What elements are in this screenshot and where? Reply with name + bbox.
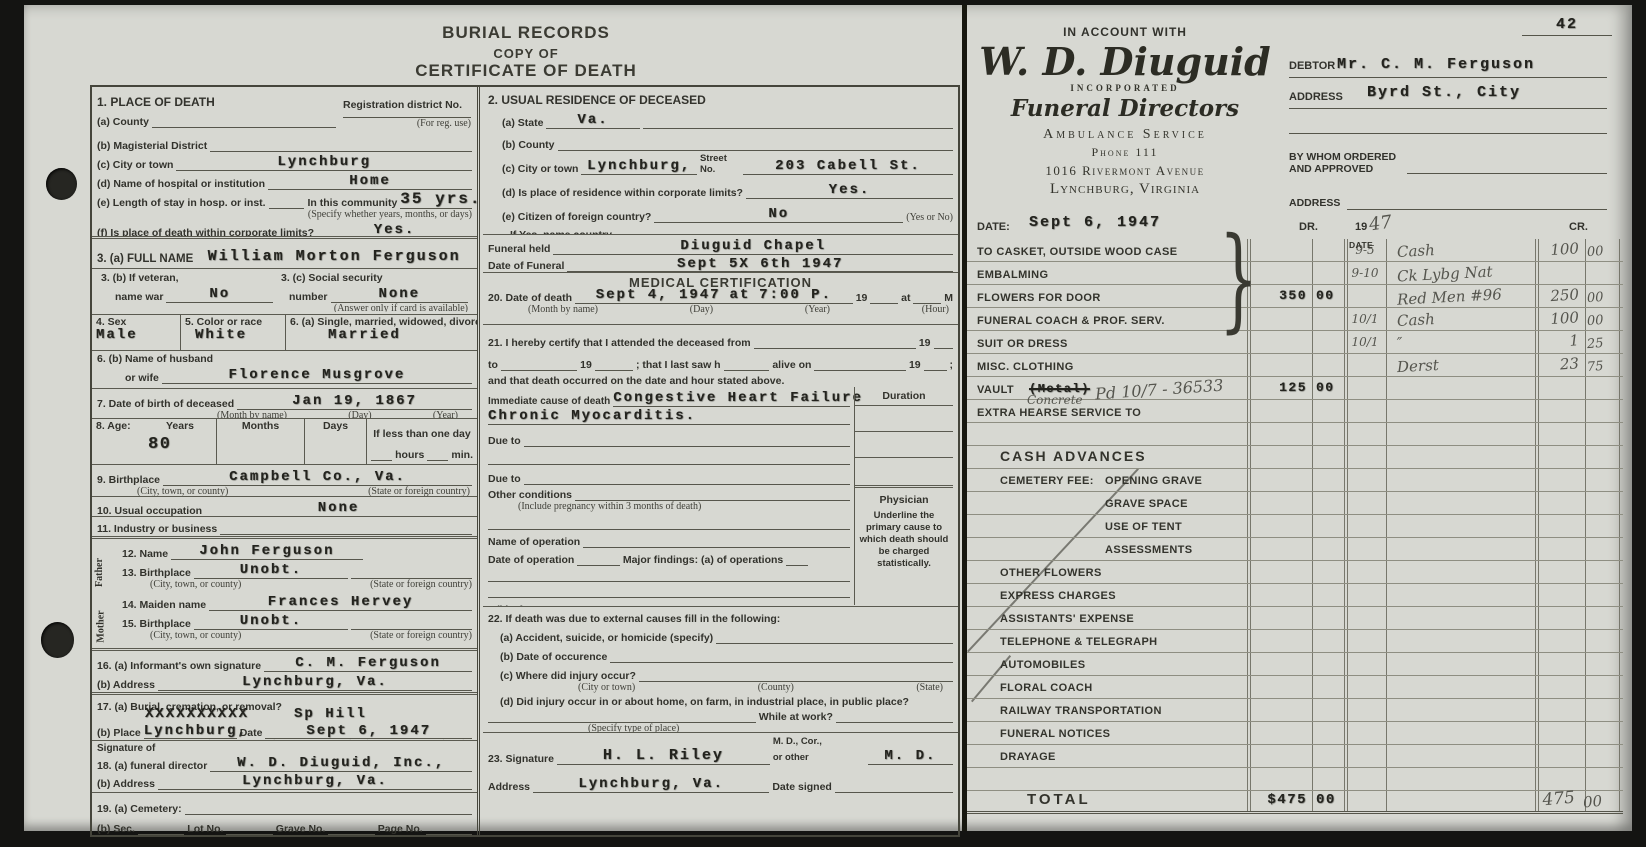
funeral-held-value: Diuguid Chapel — [680, 238, 826, 254]
debtor-value: Mr. C. M. Ferguson — [1337, 57, 1535, 73]
race-value: White — [195, 328, 281, 343]
cr-date: 10/1 — [1345, 335, 1385, 349]
advance-label-col1: TELEPHONE & TELEGRAPH — [1000, 636, 1158, 648]
cr-dollars — [1527, 395, 1579, 399]
certify-19c: 19 — [909, 359, 921, 371]
in-account-with-label: IN ACCOUNT WITH — [975, 25, 1275, 39]
ledger-item-label: TO CASKET, OUTSIDE WOOD CASE — [977, 246, 1177, 258]
certificate-left-column: Registration district No. (For reg. use)… — [92, 87, 480, 835]
firm-type: Funeral Directors — [975, 95, 1275, 122]
ledger-item-label: EXTRA HEARSE SERVICE TO — [977, 407, 1141, 419]
advance-label-col2: ASSESSMENTS — [1105, 544, 1193, 556]
full-name-value: William Morton Ferguson — [208, 248, 461, 265]
cr-description: ″ — [1397, 334, 1404, 352]
ledger-date-value: Sept 6, 1947 — [1029, 215, 1161, 231]
min-label: min. — [451, 449, 473, 461]
cr-date: 9-10 — [1345, 266, 1385, 280]
section-informant: 16. (a) Informant's own signatureC. M. F… — [92, 651, 477, 695]
occupation-label: 10. Usual occupation — [97, 505, 202, 517]
injury-city-caption: (City or town) — [578, 682, 635, 693]
ledger-item-label: FUNERAL COACH & PROF. SERV. — [977, 315, 1165, 327]
section-funeral-info: Funeral heldDiuguid Chapel Date of Funer… — [483, 235, 958, 273]
ledger-item-row: FLOWERS FOR DOOR 350 00 Red Men #96 250 … — [967, 285, 1623, 308]
age-months-header: Months — [221, 420, 300, 432]
ledger-item-label: VAULT — [977, 384, 1014, 396]
total-cr-dollars: 475 — [1518, 788, 1576, 813]
injury-where-label: (c) Where did injury occur? — [500, 670, 636, 682]
burial-place-value: Lynchburg, — [144, 723, 248, 739]
section-veteran-ssn: 3. (b) If veteran, name warNo 3. (c) Soc… — [92, 269, 477, 315]
immediate-cause-label: Immediate cause of death — [488, 396, 610, 407]
for-reg-use-caption: (For reg. use) — [343, 118, 471, 129]
physician-label: Physician — [855, 494, 953, 506]
certificate-of-death: BURIAL RECORDS COPY OF CERTIFICATE OF DE… — [90, 7, 962, 839]
scanned-page: BURIAL RECORDS COPY OF CERTIFICATE OF DE… — [24, 5, 1632, 831]
hours-label: hours — [395, 449, 424, 461]
director-address-label: (b) Address — [97, 778, 155, 790]
father-side-label: Father — [94, 558, 105, 587]
advance-label-col1: EXPRESS CHARGES — [1000, 590, 1116, 602]
certify-19b: 19 — [580, 359, 592, 371]
res-corporate-value: Yes. — [829, 182, 871, 198]
yes-or-no-caption: (Yes or No) — [906, 212, 953, 223]
burial-type-strikeout: XXXXXXXXXX — [145, 707, 249, 722]
father-bp-caption-2: (State or foreign country) — [370, 579, 472, 590]
birthplace-value: Campbell Co., Va. — [229, 469, 406, 485]
while-at-work-label: While at work? — [759, 711, 833, 723]
ledger-item-row: VAULT (Metal) Concrete Pd 10/7 - 36533 1… — [967, 377, 1623, 400]
street-no-label: Street No. — [700, 154, 740, 175]
other-conditions-label: Other conditions — [488, 489, 572, 501]
father-bp-caption-1: (City, town, or county) — [150, 579, 241, 590]
section-place-of-death: Registration district No. (For reg. use)… — [92, 87, 477, 239]
total-cr-cents: 00 — [1582, 791, 1617, 812]
section-external-causes: 22. If death was due to external causes … — [483, 607, 958, 733]
spouse-value: Florence Musgrove — [229, 367, 406, 383]
hospital-value: Home — [349, 173, 391, 189]
funeral-date-value: Sept 5X 6th 1947 — [677, 256, 843, 272]
res-city-value: Lynchburg, — [587, 158, 691, 174]
specify-years-caption: (Specify whether years, months, or days) — [308, 209, 472, 220]
cr-cents — [1587, 419, 1619, 421]
at-label: at — [901, 292, 910, 304]
state-value: Va. — [577, 112, 608, 128]
sex-value: Male — [96, 328, 176, 343]
city-state: Lynchburg, Virginia — [975, 181, 1275, 198]
veteran-value: No — [209, 286, 230, 302]
firm-name: W. D. Diuguid — [975, 41, 1275, 83]
advance-label-col2: USE OF TENT — [1105, 521, 1182, 533]
advance-label-col1: RAILWAY TRANSPORTATION — [1000, 705, 1162, 717]
father-birthplace-value: Unobt. — [240, 562, 302, 578]
advance-label-col2: GRAVE SPACE — [1105, 498, 1188, 510]
industry-label: 11. Industry or business — [97, 523, 217, 535]
punch-hole-top — [46, 168, 77, 200]
section-industry: 11. Industry or business — [92, 517, 477, 539]
md-cor-label-1: M. D., Cor., — [773, 736, 865, 747]
cr-description: Ck Lybg Nat — [1397, 263, 1493, 286]
major-findings-label: Major findings: (a) of operations — [623, 554, 783, 566]
certificate-right-column: 2. USUAL RESIDENCE OF DECEASED (a) State… — [483, 87, 958, 835]
operation-name-label: Name of operation — [488, 536, 580, 548]
cash-advance-row: OTHER FLOWERS — [967, 561, 1623, 584]
md-value: M. D. — [884, 748, 936, 764]
cash-advances-header: CASH ADVANCES — [1000, 448, 1147, 464]
burial-date-label: Date — [240, 727, 263, 739]
cash-advance-row: EXPRESS CHARGES — [967, 584, 1623, 607]
death-date-label: 20. Date of death — [488, 292, 572, 304]
res-county-label: (b) County — [502, 139, 555, 151]
residence-header: 2. USUAL RESIDENCE OF DECEASED — [488, 93, 706, 107]
place-of-death-header: 1. PLACE OF DEATH — [97, 95, 215, 109]
dr-cents: 00 — [1316, 289, 1342, 303]
firm-block: IN ACCOUNT WITH W. D. Diuguid INCORPORAT… — [975, 25, 1275, 198]
foreign-citizen-label: (e) Citizen of foreign country? — [502, 211, 651, 223]
cr-dollars: 100 — [1526, 308, 1579, 330]
hospital-label: (d) Name of hospital or institution — [97, 178, 265, 190]
day-caption: (Day) — [348, 410, 371, 419]
cr-dollars: 23 — [1526, 354, 1579, 376]
cash-advance-row: DRAYAGE — [967, 745, 1623, 768]
race-cell: 5. Color or raceWhite — [180, 315, 285, 350]
less-than-day-header: If less than one day — [371, 428, 473, 440]
ledger-date-label: DATE: — [977, 221, 1010, 233]
burial-place-label: (b) Place — [97, 727, 141, 739]
section-burial: 17. (a) Burial, cremation, or removal? X… — [92, 695, 477, 741]
name-war-label: name war — [115, 291, 163, 303]
cr-dollars: 250 — [1526, 285, 1579, 307]
funeral-held-label: Funeral held — [488, 243, 550, 255]
city-or-town-value: Lynchburg — [277, 154, 371, 170]
age-label: 8. Age: — [96, 420, 140, 432]
advance-label-col1: DRAYAGE — [1000, 751, 1056, 763]
death-time-value: 7:00 P. — [759, 287, 832, 303]
certificate-form: Registration district No. (For reg. use)… — [90, 85, 960, 837]
year-caption: (Year) — [433, 410, 458, 419]
ordered-address-label: ADDRESS — [1289, 197, 1340, 209]
burial-type-value: Sp Hill — [294, 707, 367, 722]
spouse-label-2: or wife — [125, 372, 159, 384]
certify-semicolon: ; — [950, 359, 954, 371]
length-of-stay-label: (e) Length of stay in hosp. or inst. — [97, 197, 266, 209]
cr-dollars: 100 — [1526, 239, 1579, 261]
advance-label-col2: OPENING GRAVE — [1105, 475, 1202, 487]
cr-column-label: CR. — [1569, 221, 1588, 233]
incorporated-label: INCORPORATED — [975, 83, 1275, 93]
death-month-caption: (Month by name) — [528, 304, 598, 315]
cash-advance-row: AUTOMOBILES — [967, 653, 1623, 676]
operation-date-label: Date of operation — [488, 554, 574, 566]
ssn-value: None — [378, 286, 420, 302]
vault-concrete-note: Concrete — [1027, 393, 1083, 407]
advance-label-col1: FLORAL COACH — [1000, 682, 1093, 694]
cash-advance-row: GRAVE SPACE — [967, 492, 1623, 515]
ssn-number-label: number — [289, 291, 328, 303]
death-at-typed: at — [729, 287, 750, 303]
father-name-label: 12. Name — [122, 548, 168, 560]
dr-cents: 00 — [1316, 381, 1342, 395]
father-name-value: John Ferguson — [199, 543, 334, 559]
sex-cell: 4. SexMale — [92, 315, 180, 350]
physician-address-value: Lynchburg, Va. — [578, 776, 724, 792]
cr-cents: 75 — [1587, 358, 1620, 375]
lot-no-label: Lot No. — [187, 823, 223, 835]
cash-advance-row: ASSESSMENTS — [967, 538, 1623, 561]
city-or-town-label: (c) City or town — [97, 159, 173, 171]
age-years-header: Years — [148, 420, 212, 432]
death-day-caption: (Day) — [690, 304, 713, 315]
certify-line3: and that death occurred on the date and … — [488, 375, 784, 387]
advance-label-col1: OTHER FLOWERS — [1000, 567, 1102, 579]
ledger-item-label: SUIT OR DRESS — [977, 338, 1068, 350]
foreign-citizen-value: No — [768, 206, 789, 222]
state-country-caption: (State or foreign country) — [368, 486, 470, 497]
informant-address-value: Lynchburg, Va. — [242, 674, 388, 690]
ssn-label: 3. (c) Social security — [281, 272, 468, 284]
certify-to: to — [488, 359, 498, 371]
section-medical-certification: MEDICAL CERTIFICATION 20. Date of deathS… — [483, 273, 958, 325]
informant-signature-value: C. M. Ferguson — [295, 655, 441, 671]
section-spouse: 6. (b) Name of husband or wifeFlorence M… — [92, 351, 477, 389]
doc-title: BURIAL RECORDS — [90, 7, 962, 43]
mother-side-label: Mother — [96, 610, 107, 642]
total-row: TOTAL $475 00 475 00 — [967, 791, 1623, 814]
veteran-label: 3. (b) If veteran, — [101, 272, 273, 284]
ssn-caption: (Answer only if card is available) — [281, 303, 468, 312]
mother-name-label: 14. Maiden name — [122, 599, 206, 611]
section-certify: 21. I hereby certify that I attended the… — [483, 325, 958, 607]
section-physician-signature: 23. SignatureH. L. RileyM. D., Cor.,or o… — [483, 733, 958, 839]
section-cemetery: 19. (a) Cemetery: (b) Sec.Lot No.Grave N… — [92, 793, 477, 839]
cr-cents — [1587, 396, 1619, 398]
physician-signature-value: H. L. Riley — [603, 747, 724, 764]
cemetery-label: 19. (a) Cemetery: — [97, 803, 182, 815]
cash-advance-items: CEMETERY FEE: OPENING GRAVE GRAVE SPACE … — [967, 469, 1623, 768]
duration-physician-box: Duration Physician Underline the primary… — [854, 387, 953, 605]
page-no-label: Page No. — [378, 823, 423, 835]
by-whom-ordered-label-2: AND APPROVED — [1289, 163, 1396, 175]
advance-label-col1: CEMETERY FEE: — [1000, 475, 1094, 487]
ledger-page-number: 42 — [1556, 16, 1578, 33]
veteran-block: 3. (b) If veteran, name warNo — [97, 271, 277, 312]
cash-advance-row: CEMETERY FEE: OPENING GRAVE — [967, 469, 1623, 492]
physician-address-label: Address — [488, 781, 530, 793]
funeral-director-label: 18. (a) funeral director — [97, 760, 207, 772]
grave-no-label: Grave No. — [276, 823, 326, 835]
section-parents: Father Mother 12. NameJohn Ferguson 13. … — [92, 539, 477, 651]
cash-advance-row: RAILWAY TRANSPORTATION — [967, 699, 1623, 722]
advance-label-col1: ASSISTANTS' EXPENSE — [1000, 613, 1134, 625]
mother-name-value: Frances Hervey — [268, 594, 414, 610]
spacer-row-2 — [967, 768, 1623, 791]
corporate-limits-value: Yes. — [374, 222, 416, 238]
year-handwritten: 47 — [1368, 212, 1394, 236]
m-label: M — [944, 292, 953, 304]
month-caption: (Month by name) — [217, 410, 287, 419]
certify-last-saw: ; that I last saw h — [636, 359, 721, 371]
birth-date-value: Jan 19, 1867 — [292, 393, 417, 409]
mother-bp-caption-2: (State or foreign country) — [370, 630, 472, 641]
corporate-limits-label: (f) Is place of death within corporate l… — [97, 227, 314, 239]
cr-dollars: 1 — [1526, 331, 1579, 353]
cash-advance-row: USE OF TENT — [967, 515, 1623, 538]
dr-column-label: DR. — [1299, 221, 1318, 233]
by-whom-ordered-label-1: BY WHOM ORDERED — [1289, 151, 1396, 163]
section-birthplace: 9. BirthplaceCampbell Co., Va. (City, to… — [92, 465, 477, 497]
res-city-label: (c) City or town — [502, 163, 578, 175]
year-printed: 19 — [1355, 221, 1367, 233]
certify-19a: 19 — [919, 337, 931, 349]
injury-home-label: (d) Did injury occur in or about home, o… — [500, 696, 909, 708]
total-label: TOTAL — [1027, 791, 1091, 808]
date-column-header: DATE — [1349, 240, 1373, 250]
phone-label: Phone 111 — [975, 145, 1275, 160]
cash-advance-row: FLORAL COACH — [967, 676, 1623, 699]
cr-description: Cash — [1397, 241, 1436, 261]
spouse-label-1: 6. (b) Name of husband — [97, 353, 472, 365]
funeral-date-label: Date of Funeral — [488, 260, 564, 272]
ledger-item-row: MISC. CLOTHING Derst 23 75 — [967, 354, 1623, 377]
informant-address-label: (b) Address — [97, 679, 155, 691]
ambulance-service-label: Ambulance Service — [975, 127, 1275, 143]
immediate-cause-value: Congestive Heart Failure — [613, 390, 863, 406]
mother-birthplace-value: Unobt. — [240, 613, 302, 629]
section-occupation: 10. Usual occupationNone — [92, 497, 477, 517]
injury-state-caption: (State) — [916, 682, 943, 693]
birth-date-label: 7. Date of birth of deceased — [97, 398, 234, 410]
cash-advance-row: FUNERAL NOTICES — [967, 722, 1623, 745]
marital-value: Married — [328, 328, 473, 343]
in-this-community-label: In this community — [307, 197, 397, 209]
physician-note: Underline the primary cause to which dea… — [855, 506, 953, 573]
advance-label-col1: AUTOMOBILES — [1000, 659, 1085, 671]
cr-cents: 00 — [1587, 312, 1620, 329]
ledger-item-label: EMBALMING — [977, 269, 1048, 281]
spacer-row — [967, 423, 1623, 446]
dr-dollars: 125 — [1249, 381, 1307, 395]
cemetery-sec-label: (b) Sec. — [97, 823, 135, 835]
occurrence-date-label: (b) Date of occurence — [500, 651, 607, 663]
cr-cents — [1587, 281, 1619, 283]
ledger-header: 42 IN ACCOUNT WITH W. D. Diuguid INCORPO… — [967, 5, 1632, 239]
mother-bp-caption-1: (City, town, or county) — [150, 630, 241, 641]
md-cor-label-2: or other — [773, 752, 809, 763]
informant-signature-label: 16. (a) Informant's own signature — [97, 660, 261, 672]
pregnancy-caption: (Include pregnancy within 3 months of de… — [518, 501, 701, 512]
res-corporate-label: (d) Is place of residence within corpora… — [502, 187, 743, 199]
ledger-item-row: EMBALMING 9-10 Ck Lybg Nat — [967, 262, 1623, 285]
duration-header: Duration — [855, 387, 953, 406]
ledger-items: TO CASKET, OUTSIDE WOOD CASE 9-5 Cash 10… — [967, 239, 1623, 423]
cash-advance-row: TELEPHONE & TELEGRAPH — [967, 630, 1623, 653]
cr-description: Red Men #96 — [1397, 285, 1503, 308]
age-years-value: 80 — [148, 436, 212, 454]
death-date-value: Sept 4, 1947 — [596, 287, 721, 303]
cr-cents: 25 — [1587, 335, 1620, 352]
section-age: 8. Age: Years80 Months Days If less than… — [92, 419, 477, 465]
mother-birthplace-label: 15. Birthplace — [122, 618, 191, 630]
cash-advance-row: ASSISTANTS' EXPENSE — [967, 607, 1623, 630]
death-year-caption: (Year) — [805, 304, 830, 315]
cr-dollars — [1527, 418, 1579, 422]
ledger-table: DATE } TO CASKET, OUTSIDE WOOD CASE 9-5 … — [967, 239, 1623, 814]
ordered-by-block: BY WHOM ORDERED AND APPROVED — [1289, 151, 1396, 175]
age-days-header: Days — [309, 420, 362, 432]
debtor-address-value: Byrd St., City — [1367, 85, 1521, 101]
section-birth-date: 7. Date of birth of deceasedJan 19, 1867… — [92, 389, 477, 419]
father-birthplace-label: 13. Birthplace — [122, 567, 191, 579]
funeral-director-value: W. D. Diuguid, Inc., — [237, 755, 445, 771]
doc-subtitle-1: COPY OF — [90, 46, 962, 61]
certify-line1: 21. I hereby certify that I attended the… — [488, 337, 751, 349]
ledger-item-label: FLOWERS FOR DOOR — [977, 292, 1101, 304]
cr-description: Cash — [1397, 310, 1436, 330]
street-no-value: 203 Cabell St. — [775, 158, 921, 174]
marital-cell: 6. (a) Single, married, widowed, divorce… — [285, 315, 477, 350]
cash-advances-row: CASH ADVANCES — [967, 446, 1623, 469]
injury-county-caption: (County) — [758, 682, 794, 693]
city-town-county-caption: (City, town, or county) — [137, 486, 228, 497]
bundle-brace: } — [1219, 229, 1258, 329]
total-dr-dollars: $475 — [1245, 793, 1307, 808]
county-label: (a) County — [97, 116, 149, 128]
immediate-cause-value-2: Chronic Myocarditis. — [488, 408, 696, 424]
cr-cents: 00 — [1587, 289, 1620, 306]
ledger-item-row: TO CASKET, OUTSIDE WOOD CASE 9-5 Cash 10… — [967, 239, 1623, 262]
total-dr-cents: 00 — [1316, 793, 1342, 808]
advance-label-col1: FUNERAL NOTICES — [1000, 728, 1110, 740]
certify-alive-on: alive on — [772, 359, 811, 371]
ledger-item-label: MISC. CLOTHING — [977, 361, 1074, 373]
cr-description: Derst — [1397, 356, 1440, 376]
cr-cents: 00 — [1587, 243, 1620, 260]
section-full-name: 3. (a) FULL NAMEWilliam Morton Ferguson — [92, 239, 477, 269]
occupation-value: None — [318, 500, 360, 516]
account-ledger: 42 IN ACCOUNT WITH W. D. Diuguid INCORPO… — [962, 5, 1632, 831]
cr-dollars — [1527, 280, 1579, 284]
section-residence: 2. USUAL RESIDENCE OF DECEASED (a) State… — [483, 87, 958, 235]
director-address-value: Lynchburg, Va. — [242, 773, 388, 789]
punch-hole-bottom — [41, 622, 74, 658]
full-name-label: 3. (a) FULL NAME — [97, 253, 193, 265]
ledger-item-row: SUIT OR DRESS 10/1 ″ 1 25 — [967, 331, 1623, 354]
burial-date-value: Sept 6, 1947 — [306, 723, 431, 739]
doc-subtitle-2: CERTIFICATE OF DEATH — [90, 61, 962, 81]
community-years-value: 35 yrs. — [400, 190, 477, 208]
printed-19: 19 — [856, 292, 868, 304]
section-sex-race-marital: 4. SexMale 5. Color or raceWhite 6. (a) … — [92, 315, 477, 351]
physician-signature-label: 23. Signature — [488, 753, 554, 765]
date-signed-label: Date signed — [772, 781, 832, 793]
ssn-block: 3. (c) Social security numberNone (Answe… — [277, 271, 472, 312]
accident-label: (a) Accident, suicide, or homicide (spec… — [500, 632, 713, 644]
external-causes-header: 22. If death was due to external causes … — [488, 613, 780, 625]
due-to-1-label: Due to — [488, 435, 521, 447]
signature-of-label: Signature of — [97, 743, 472, 754]
state-label: (a) State — [502, 117, 543, 129]
due-to-2-label: Due to — [488, 473, 521, 485]
cr-date: 10/1 — [1345, 312, 1385, 326]
birthplace-label: 9. Birthplace — [97, 474, 160, 486]
magisterial-district-label: (b) Magisterial District — [97, 140, 207, 152]
ledger-item-row: FUNERAL COACH & PROF. SERV. 10/1 Cash 10… — [967, 308, 1623, 331]
section-funeral-director: Signature of 18. (a) funeral directorW. … — [92, 741, 477, 793]
street-address: 1016 Rivermont Avenue — [975, 163, 1275, 179]
death-hour-caption: (Hour) — [922, 304, 949, 315]
